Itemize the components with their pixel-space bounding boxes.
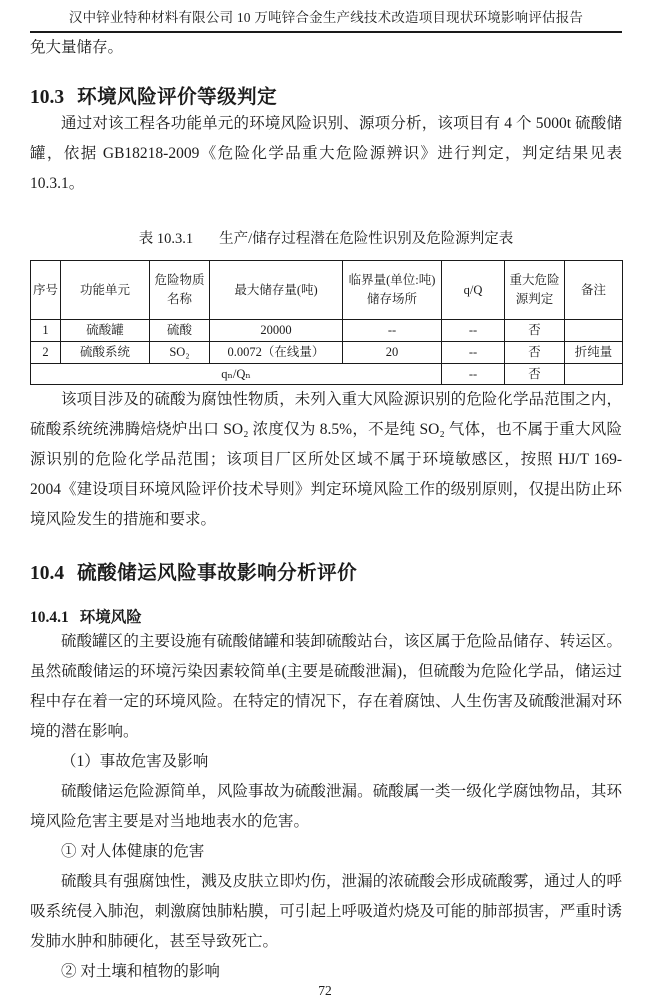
cell-judgement: 否 xyxy=(505,320,565,342)
cell-unit: 硫酸系统 xyxy=(61,341,150,363)
list-item-1-accident-hazard: （1）事故危害及影响 xyxy=(30,747,622,777)
col-header-critical-qty: 临界量(单位:吨)储存场所 xyxy=(343,261,442,320)
heading-10-3: 10.3环境风险评价等级判定 xyxy=(30,81,622,109)
cell-critical-qty: -- xyxy=(343,320,442,342)
cell-max-storage: 0.0072（在线量） xyxy=(210,341,343,363)
cell-substance: SO₂ xyxy=(150,341,210,363)
paragraph-10-3-conclusion: 该项目涉及的硫酸为腐蚀性物质，未列入重大风险源识别的危险化学品范围之内，硫酸系统… xyxy=(30,385,622,535)
heading-10-3-number: 10.3 xyxy=(30,87,64,108)
table-footer-row: qₙ/Qₙ -- 否 xyxy=(31,363,623,385)
table-caption-title: 生产/储存过程潜在危险性识别及危险源判定表 xyxy=(219,231,513,247)
table-row: 1 硫酸罐 硫酸 20000 -- -- 否 xyxy=(31,320,623,342)
cell-qq: -- xyxy=(442,363,505,385)
cell-qn-qn-label: qₙ/Qₙ xyxy=(31,363,442,385)
list-item-circled-1-human-health: ① 对人体健康的危害 xyxy=(30,837,622,867)
table-row: 2 硫酸系统 SO₂ 0.0072（在线量） 20 -- 否 折纯量 xyxy=(31,341,623,363)
table-header-row: 序号 功能单元 危险物质名称 最大储存量(吨) 临界量(单位:吨)储存场所 q/… xyxy=(31,261,623,320)
heading-10-3-title: 环境风险评价等级判定 xyxy=(77,87,277,108)
running-header-title: 汉中锌业特种材料有限公司 10 万吨锌合金生产线技术改造项目现状环境影响评估报告 xyxy=(69,10,583,25)
cell-unit: 硫酸罐 xyxy=(61,320,150,342)
heading-10-4-title: 硫酸储运风险事故影响分析评价 xyxy=(77,563,357,584)
hazard-source-table: 序号 功能单元 危险物质名称 最大储存量(吨) 临界量(单位:吨)储存场所 q/… xyxy=(30,260,623,385)
cell-judgement: 否 xyxy=(505,363,565,385)
paragraph-risk-source: 硫酸储运危险源简单，风险事故为硫酸泄漏。硫酸属一类一级化学腐蚀物品，其环境风险危… xyxy=(30,777,622,837)
heading-10-4: 10.4硫酸储运风险事故影响分析评价 xyxy=(30,557,622,585)
col-header-max-storage: 最大储存量(吨) xyxy=(210,261,343,320)
page-number: 72 xyxy=(0,983,650,999)
paragraph-corrosive-effects: 硫酸具有强腐蚀性，溅及皮肤立即灼伤，泄漏的浓硫酸会形成硫酸雾，通过人的呼吸系统侵… xyxy=(30,867,622,957)
col-header-unit: 功能单元 xyxy=(61,261,150,320)
heading-10-4-1-number: 10.4.1 xyxy=(30,609,69,626)
cell-critical-qty: 20 xyxy=(343,341,442,363)
cell-judgement: 否 xyxy=(505,341,565,363)
col-header-index: 序号 xyxy=(31,261,61,320)
col-header-judgement: 重大危险源判定 xyxy=(505,261,565,320)
heading-10-4-1-title: 环境风险 xyxy=(80,609,142,626)
col-header-substance: 危险物质名称 xyxy=(150,261,210,320)
cell-substance: 硫酸 xyxy=(150,320,210,342)
cell-index: 1 xyxy=(31,320,61,342)
paragraph-tank-area: 硫酸罐区的主要设施有硫酸储罐和装卸硫酸站台，该区属于危险品储存、转运区。虽然硫酸… xyxy=(30,627,622,747)
running-header: 汉中锌业特种材料有限公司 10 万吨锌合金生产线技术改造项目现状环境影响评估报告 xyxy=(30,6,622,33)
cell-qq: -- xyxy=(442,341,505,363)
col-header-qq: q/Q xyxy=(442,261,505,320)
col-header-remark: 备注 xyxy=(565,261,623,320)
heading-10-4-number: 10.4 xyxy=(30,563,64,584)
cell-remark: 折纯量 xyxy=(565,341,623,363)
document-page: 汉中锌业特种材料有限公司 10 万吨锌合金生产线技术改造项目现状环境影响评估报告… xyxy=(0,0,650,1003)
cell-remark xyxy=(565,320,623,342)
table-caption: 表 10.3.1生产/储存过程潜在危险性识别及危险源判定表 xyxy=(30,227,622,248)
cell-index: 2 xyxy=(31,341,61,363)
table-caption-label: 表 10.3.1 xyxy=(139,231,193,247)
cell-qq: -- xyxy=(442,320,505,342)
heading-10-4-1: 10.4.1环境风险 xyxy=(30,605,622,627)
paragraph-carryover: 免大量储存。 xyxy=(30,33,622,63)
paragraph-10-3-intro: 通过对该工程各功能单元的环境风险识别、源项分析，该项目有 4 个 5000t 硫… xyxy=(30,109,622,199)
cell-max-storage: 20000 xyxy=(210,320,343,342)
cell-remark xyxy=(565,363,623,385)
